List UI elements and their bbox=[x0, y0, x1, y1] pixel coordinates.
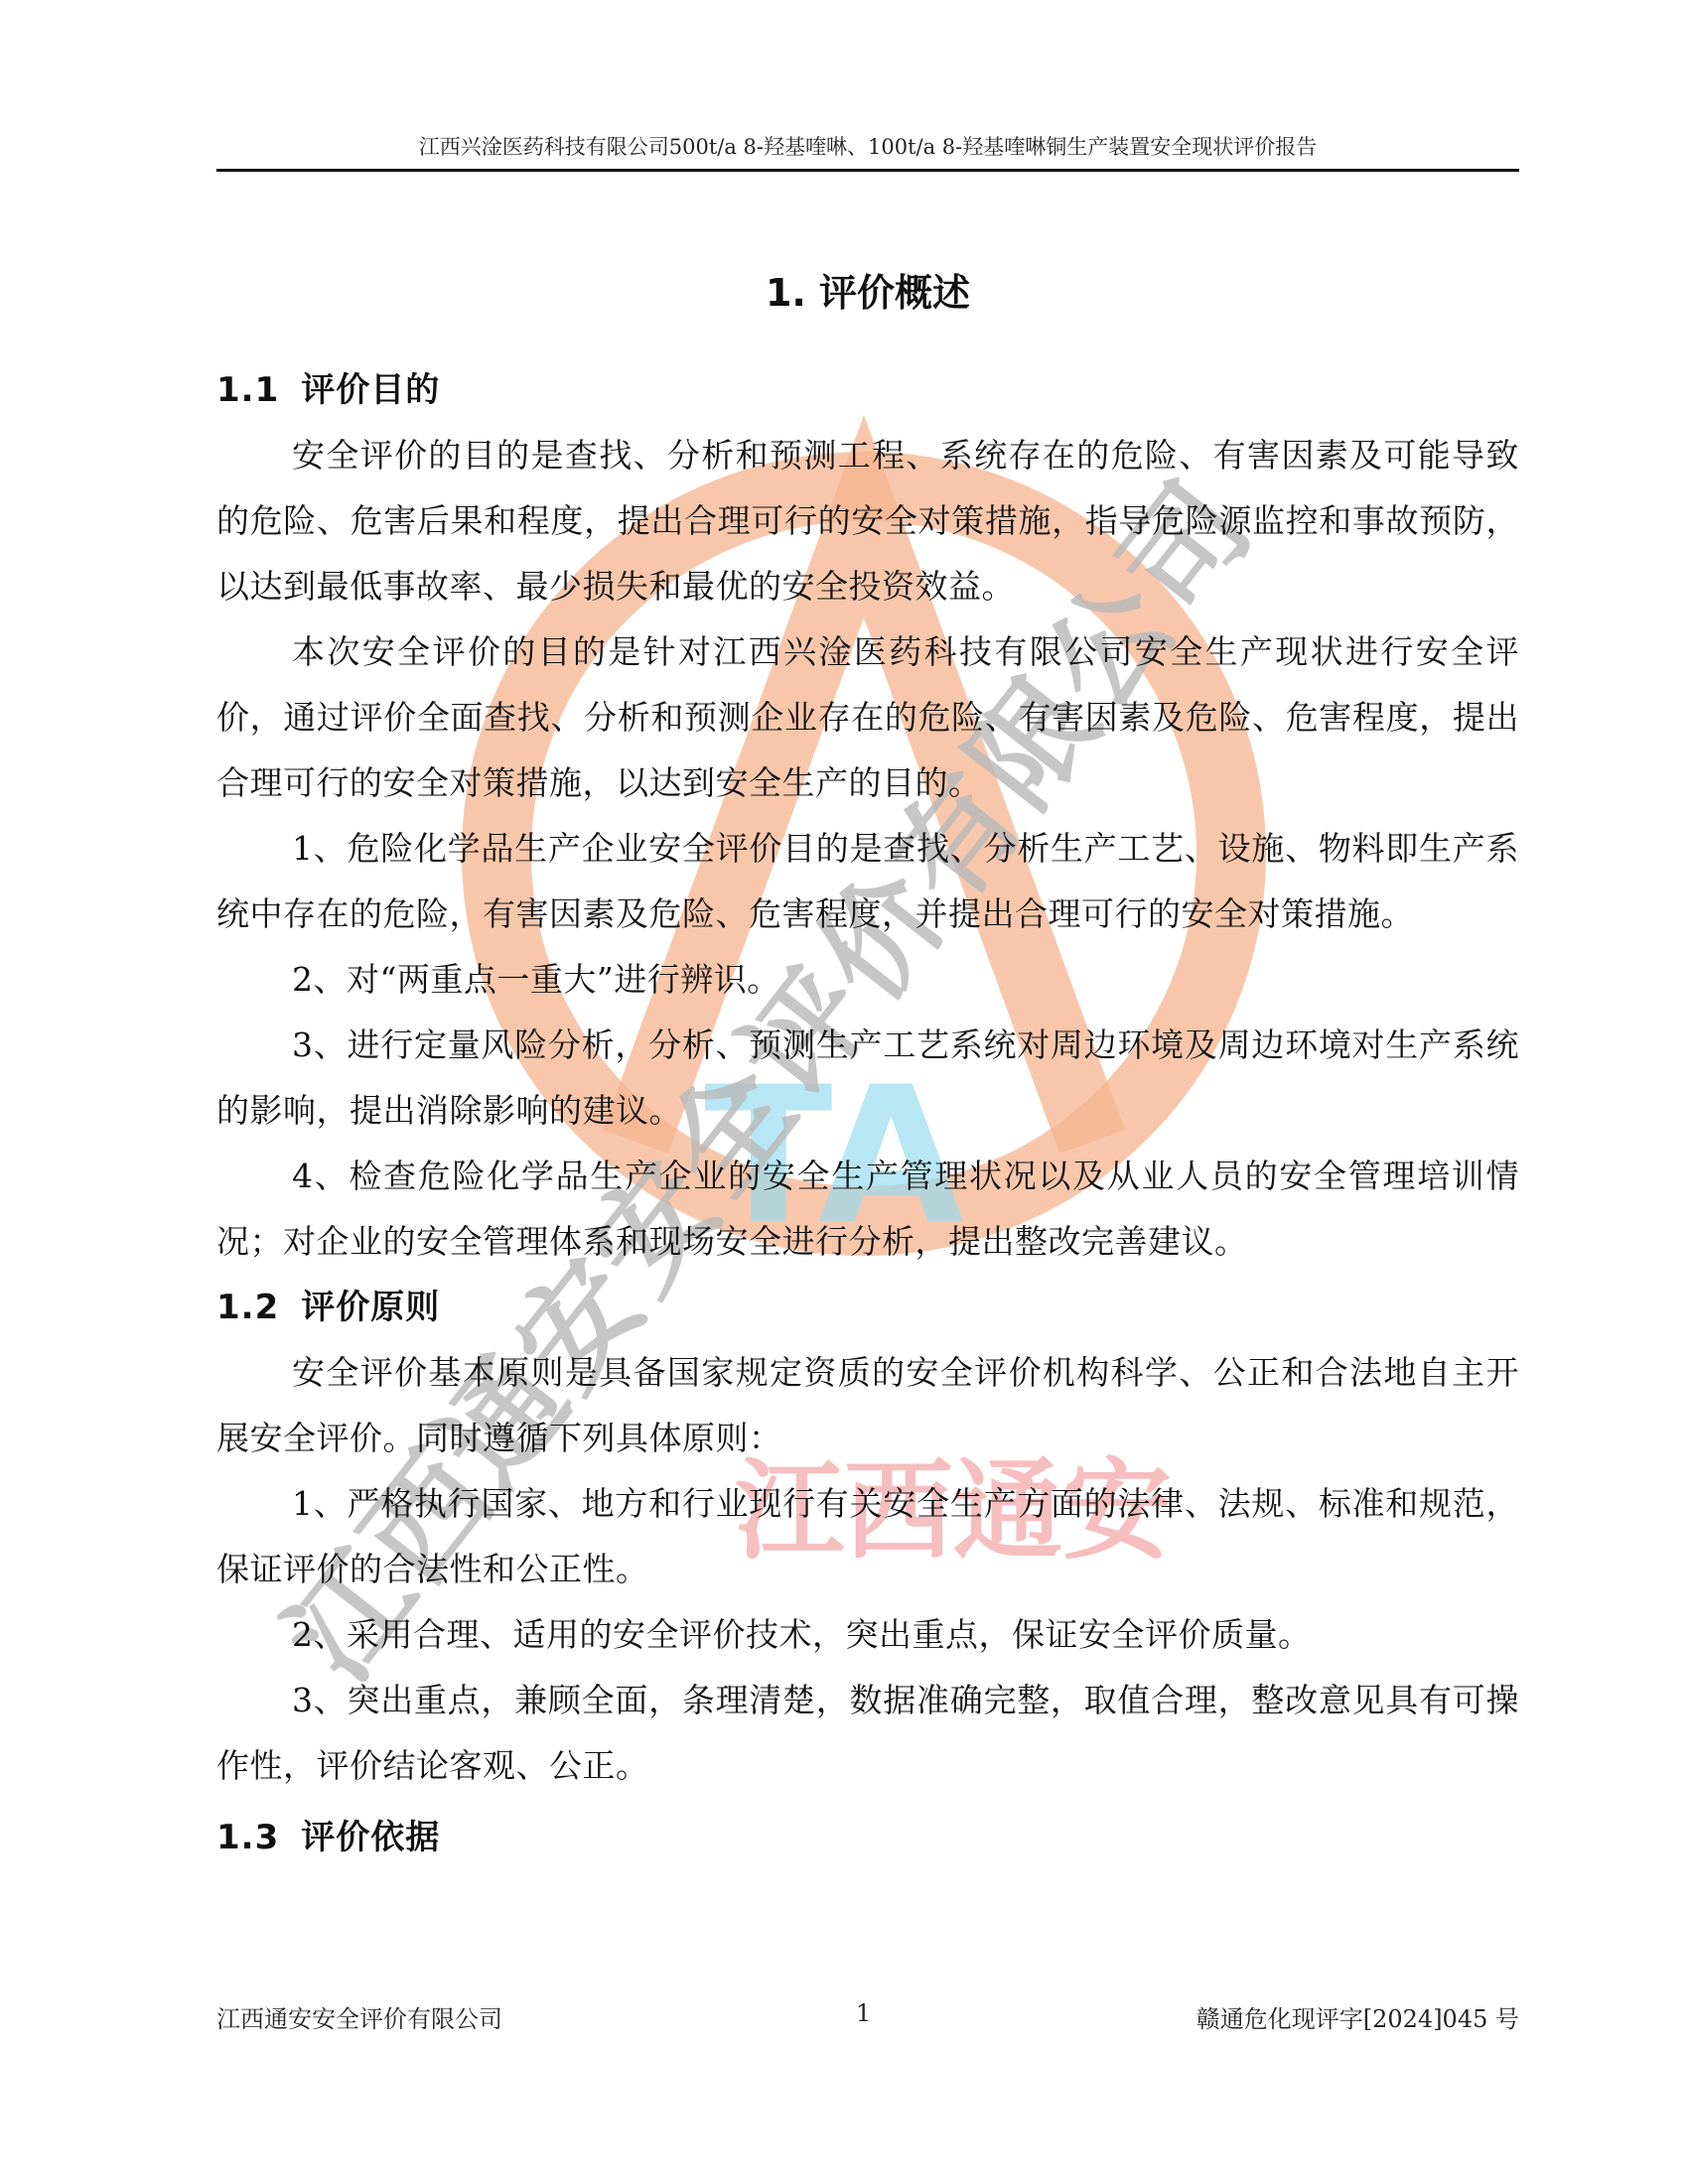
paragraph: 1、危险化学品生产企业安全评价目的是查找、分析生产工艺、设施、物料即生产系统中存… bbox=[216, 816, 1519, 947]
paragraph: 2、对“两重点一重大”进行辨识。 bbox=[216, 947, 1519, 1013]
paragraph: 安全评价的目的是查找、分析和预测工程、系统存在的危险、有害因素及可能导致的危险、… bbox=[216, 423, 1519, 619]
section-heading-1-1: 1.1评价目的 bbox=[216, 357, 1519, 423]
chapter-title: 1. 评价概述 bbox=[216, 268, 1519, 318]
paragraph: 3、进行定量风险分析，分析、预测生产工艺系统对周边环境及周边环境对生产系统的影响… bbox=[216, 1013, 1519, 1144]
paragraph: 1、严格执行国家、地方和行业现行有关安全生产方面的法律、法规、标准和规范，保证评… bbox=[216, 1471, 1519, 1602]
document-body: 1. 评价概述 1.1评价目的 安全评价的目的是查找、分析和预测工程、系统存在的… bbox=[216, 268, 1519, 1870]
running-header: 江西兴淦医药科技有限公司500t/a 8-羟基喹啉、100t/a 8-羟基喹啉铜… bbox=[216, 131, 1519, 161]
page-number: 1 bbox=[856, 1999, 871, 2027]
footer-company: 江西通安安全评价有限公司 bbox=[216, 1999, 502, 2034]
section-heading-1-3: 1.3评价依据 bbox=[216, 1805, 1519, 1870]
paragraph: 本次安全评价的目的是针对江西兴淦医药科技有限公司安全生产现状进行安全评价，通过评… bbox=[216, 619, 1519, 816]
footer-report-number: 赣通危化现评字[2024]045 号 bbox=[1196, 1999, 1519, 2034]
header-divider bbox=[216, 169, 1519, 172]
paragraph: 3、突出重点，兼顾全面，条理清楚，数据准确完整，取值合理，整改意见具有可操作性，… bbox=[216, 1668, 1519, 1799]
paragraph: 4、检查危险化学品生产企业的安全生产管理状况以及从业人员的安全管理培训情况；对企… bbox=[216, 1144, 1519, 1275]
paragraph: 2、采用合理、适用的安全评价技术，突出重点，保证安全评价质量。 bbox=[216, 1602, 1519, 1668]
paragraph: 安全评价基本原则是具备国家规定资质的安全评价机构科学、公正和合法地自主开展安全评… bbox=[216, 1340, 1519, 1471]
section-heading-1-2: 1.2评价原则 bbox=[216, 1275, 1519, 1340]
